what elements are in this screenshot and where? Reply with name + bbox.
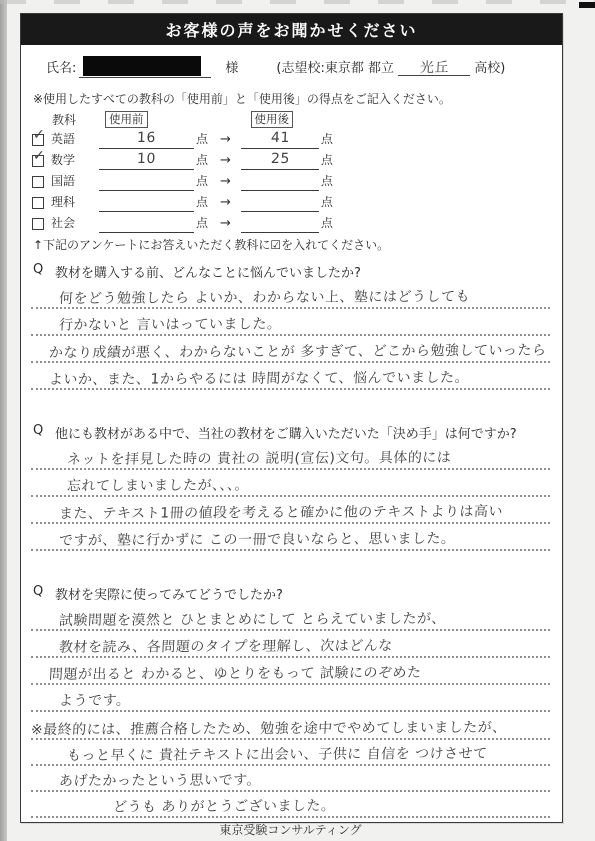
subject-label: 国語 bbox=[51, 172, 91, 189]
question-3-heading: Q 教材を実際に使ってみてどうでしたか? bbox=[33, 584, 550, 602]
checkbox-instruction-note: ↑下記のアンケートにお答えいただく教科に☑を入れてください。 bbox=[33, 236, 550, 253]
answer-line: ようです。 bbox=[31, 685, 550, 712]
q-mark: Q bbox=[33, 584, 55, 602]
points-unit-label: 点 bbox=[321, 130, 333, 147]
subject-label: 理科 bbox=[51, 193, 91, 210]
subject-column-header: 教科 bbox=[52, 111, 76, 128]
score-instruction-note: ※使用したすべての教科の「使用前」と「使用後」の得点をご記入ください。 bbox=[33, 90, 550, 107]
answer-line: 試験問題を漠然と ひとまとめにして とらえていましたが、 bbox=[31, 604, 550, 631]
checkbox-social bbox=[32, 218, 44, 230]
after-score-field bbox=[241, 193, 319, 212]
answer-line: もっと早くに 貴社テキストに出会い、子供に 自信を つけさせて bbox=[31, 740, 550, 766]
subject-label: 英語 bbox=[51, 130, 91, 147]
points-unit-label: 点 bbox=[196, 214, 208, 231]
question-2-heading: Q 他にも教材がある中で、当社の教材をご購入いただいた「決め手」は何ですか? bbox=[33, 423, 550, 441]
form-body: 氏名: 様 (志望校:東京都 都立 光丘 高校) ※使用したすべての教科の「使用… bbox=[21, 54, 562, 838]
score-table: 教科 使用前 使用後 ✓ 英語 16 点 → 41 点 ✓ 数学 10 点 → … bbox=[31, 110, 550, 233]
answer-line: 問題が出ると わかると、ゆとりをもって 試験にのぞめた bbox=[31, 658, 550, 685]
checkbox-english: ✓ bbox=[32, 134, 44, 146]
name-row: 氏名: 様 (志望校:東京都 都立 光丘 高校) bbox=[46, 54, 550, 79]
checkmark-icon: ✓ bbox=[33, 148, 46, 164]
points-unit-label: 点 bbox=[321, 151, 333, 168]
name-label: 氏名: bbox=[46, 57, 76, 76]
question-1-text: 教材を購入する前、どんなことに悩んでいましたか? bbox=[55, 262, 361, 280]
points-unit-label: 点 bbox=[321, 214, 333, 231]
question-2-answers: ネットを拝見した時の 貴社の 説明(宣伝)文句。具体的には 忘れてしまいましたが… bbox=[31, 443, 550, 551]
question-3-text: 教材を実際に使ってみてどうでしたか? bbox=[55, 584, 283, 602]
score-row-social: 社会 点 → 点 bbox=[31, 212, 550, 233]
answer-line: 行かないと 言いはっていました。 bbox=[31, 309, 550, 336]
after-score-field bbox=[241, 214, 319, 233]
before-score-field bbox=[99, 172, 194, 191]
company-name-footer: 東京受験コンサルティング bbox=[31, 821, 550, 838]
question-2-text: 他にも教材がある中で、当社の教材をご購入いただいた「決め手」は何ですか? bbox=[55, 423, 517, 441]
points-unit-label: 点 bbox=[321, 193, 333, 210]
answer-line: 忘れてしまいましたが、、、。 bbox=[31, 470, 550, 497]
scan-corner-artifact bbox=[579, 2, 595, 8]
checkmark-icon: ✓ bbox=[33, 127, 46, 143]
name-field-underline bbox=[79, 56, 211, 78]
redacted-name-box bbox=[83, 56, 201, 76]
question-1-heading: Q 教材を購入する前、どんなことに悩んでいましたか? bbox=[33, 262, 550, 280]
answer-line: 何をどう勉強したら よいか、わからない上、塾にはどうしても bbox=[31, 282, 550, 309]
arrow-icon: → bbox=[220, 153, 231, 168]
checkbox-math: ✓ bbox=[32, 155, 44, 167]
answer-line: かなり成績が悪く、わからないことが 多すぎて、どこから勉強していったら bbox=[31, 336, 550, 363]
checkbox-science bbox=[32, 197, 44, 209]
arrow-icon: → bbox=[220, 132, 231, 147]
answer-line: ですが、塾に行かずに この一冊で良いならと、思いました。 bbox=[31, 524, 550, 551]
score-row-math: ✓ 数学 10 点 → 25 点 bbox=[31, 149, 550, 170]
subject-label: 社会 bbox=[51, 214, 91, 231]
form-title: お客様の声をお聞かせください bbox=[165, 18, 417, 41]
school-suffix-label: 高校) bbox=[474, 61, 505, 76]
answer-line: あげたかったという思いです。 bbox=[31, 766, 550, 792]
school-name-handwritten: 光丘 bbox=[419, 57, 449, 77]
score-row-japanese: 国語 点 → 点 bbox=[31, 170, 550, 191]
q-mark: Q bbox=[33, 262, 55, 280]
after-score-field: 25 bbox=[241, 151, 319, 170]
score-row-english: ✓ 英語 16 点 → 41 点 bbox=[31, 128, 550, 149]
answer-line: よいか、また、1からやるには 時間がなくて、悩んでいました。 bbox=[31, 363, 550, 390]
before-score-field bbox=[99, 193, 194, 212]
after-column-header: 使用後 bbox=[251, 111, 294, 128]
target-school-field: (志望校:東京都 都立 光丘 高校) bbox=[276, 57, 505, 76]
postscript-answers: ※最終的には、推薦合格したため、勉強を途中でやめてしまいましたが、 もっと早くに… bbox=[31, 714, 550, 818]
form-title-bar: お客様の声をお聞かせください bbox=[21, 14, 562, 45]
answer-line: ネットを拝見した時の 貴社の 説明(宣伝)文句。具体的には bbox=[31, 443, 550, 470]
arrow-icon: → bbox=[220, 216, 231, 231]
points-unit-label: 点 bbox=[196, 130, 208, 147]
score-table-header: 教科 使用前 使用後 bbox=[31, 110, 550, 128]
question-1-answers: 何をどう勉強したら よいか、わからない上、塾にはどうしても 行かないと 言いはっ… bbox=[31, 282, 550, 390]
subject-label: 数学 bbox=[51, 151, 91, 168]
school-prefix-label: (志望校:東京都 都立 bbox=[276, 61, 394, 76]
customer-feedback-form: お客様の声をお聞かせください 氏名: 様 (志望校:東京都 都立 光丘 高校) … bbox=[20, 13, 563, 823]
points-unit-label: 点 bbox=[196, 151, 208, 168]
q-mark: Q bbox=[33, 423, 55, 441]
answer-line: また、テキスト1冊の値段を考えると確かに他のテキストよりは高い bbox=[31, 497, 550, 524]
after-score-field: 41 bbox=[241, 130, 319, 149]
points-unit-label: 点 bbox=[196, 193, 208, 210]
points-unit-label: 点 bbox=[196, 172, 208, 189]
before-column-header: 使用前 bbox=[105, 111, 148, 128]
before-score-field: 10 bbox=[99, 151, 194, 170]
score-row-science: 理科 点 → 点 bbox=[31, 191, 550, 212]
checkbox-japanese bbox=[32, 176, 44, 188]
answer-line: 教材を読み、各問題のタイプを理解し、次はどんな bbox=[31, 631, 550, 658]
school-name-underline: 光丘 bbox=[398, 57, 470, 76]
scan-edge-shadow bbox=[0, 0, 7, 841]
answer-line: どうも ありがとうございました。 bbox=[31, 792, 550, 818]
answer-line: ※最終的には、推薦合格したため、勉強を途中でやめてしまいましたが、 bbox=[31, 714, 550, 740]
question-3-answers: 試験問題を漠然と ひとまとめにして とらえていましたが、 教材を読み、各問題のタ… bbox=[31, 604, 550, 712]
honorific-label: 様 bbox=[225, 57, 238, 76]
points-unit-label: 点 bbox=[321, 172, 333, 189]
arrow-icon: → bbox=[220, 195, 231, 210]
before-score-field: 16 bbox=[99, 130, 194, 149]
before-score-field bbox=[99, 214, 194, 233]
scan-top-smudge bbox=[0, 0, 595, 4]
after-score-field bbox=[241, 172, 319, 191]
arrow-icon: → bbox=[220, 174, 231, 189]
